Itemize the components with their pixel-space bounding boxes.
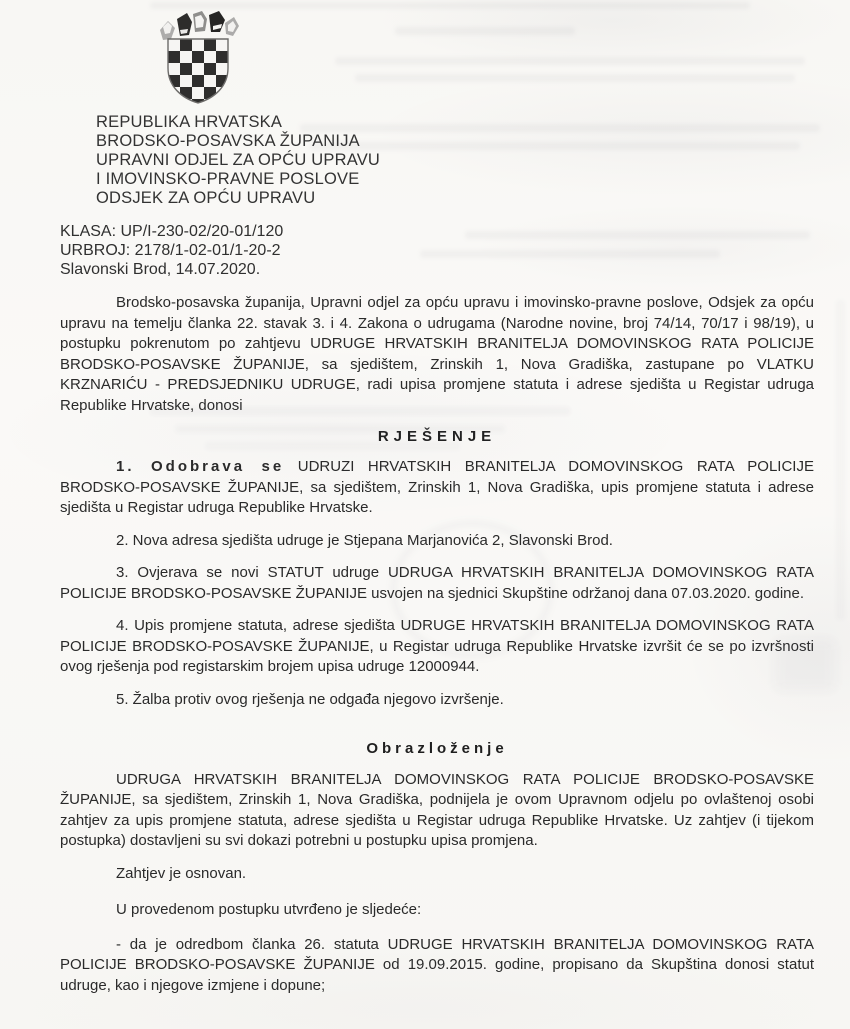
org-line-county: BRODSKO-POSAVSKA ŽUPANIJA [96, 132, 814, 151]
decision-item-1: 1. Odobrava se UDRUZI HRVATSKIH BRANITEL… [60, 457, 814, 519]
org-line-dept1: UPRAVNI ODJEL ZA OPĆU UPRAVU [96, 151, 814, 170]
klasa-line: KLASA: UP/I-230-02/20-01/120 [60, 222, 814, 241]
findings-intro-line: U provedenom postupku utvrđeno je sljede… [60, 900, 814, 921]
org-line-section: ODSJEK ZA OPĆU UPRAVU [96, 189, 814, 208]
org-header: REPUBLIKA HRVATSKA BRODSKO-POSAVSKA ŽUPA… [96, 113, 814, 208]
decision-item-5: 5. Žalba protiv ovog rješenja ne odgađa … [60, 690, 814, 711]
intro-paragraph: Brodsko-posavska županija, Upravni odjel… [60, 293, 814, 416]
finding-item: - da je odredbom članka 26. statuta UDRU… [60, 935, 814, 997]
explanation-paragraph: UDRUGA HRVATSKIH BRANITELJA DOMOVINSKOG … [60, 770, 814, 852]
org-line-country: REPUBLIKA HRVATSKA [96, 113, 814, 132]
coat-of-arms-icon [152, 6, 244, 108]
place-date-line: Slavonski Brod, 14.07.2020. [60, 260, 814, 279]
org-line-dept2: I IMOVINSKO-PRAVNE POSLOVE [96, 170, 814, 189]
document-page: REPUBLIKA HRVATSKA BRODSKO-POSAVSKA ŽUPA… [0, 0, 850, 1029]
decision-item-1-lead: 1. Odobrava se [116, 458, 284, 475]
claim-founded-line: Zahtjev je osnovan. [60, 864, 814, 885]
decision-item-3: 3. Ovjerava se novi STATUT udruge UDRUGA… [60, 563, 814, 604]
decision-item-2: 2. Nova adresa sjedišta udruge je Stjepa… [60, 531, 814, 552]
explanation-title: Obrazloženje [60, 740, 814, 757]
urbroj-line: URBROJ: 2178/1-02-01/1-20-2 [60, 241, 814, 260]
reference-block: KLASA: UP/I-230-02/20-01/120 URBROJ: 217… [60, 222, 814, 279]
decision-item-4: 4. Upis promjene statuta, adrese sjedišt… [60, 616, 814, 678]
decision-title: RJEŠENJE [60, 428, 814, 445]
